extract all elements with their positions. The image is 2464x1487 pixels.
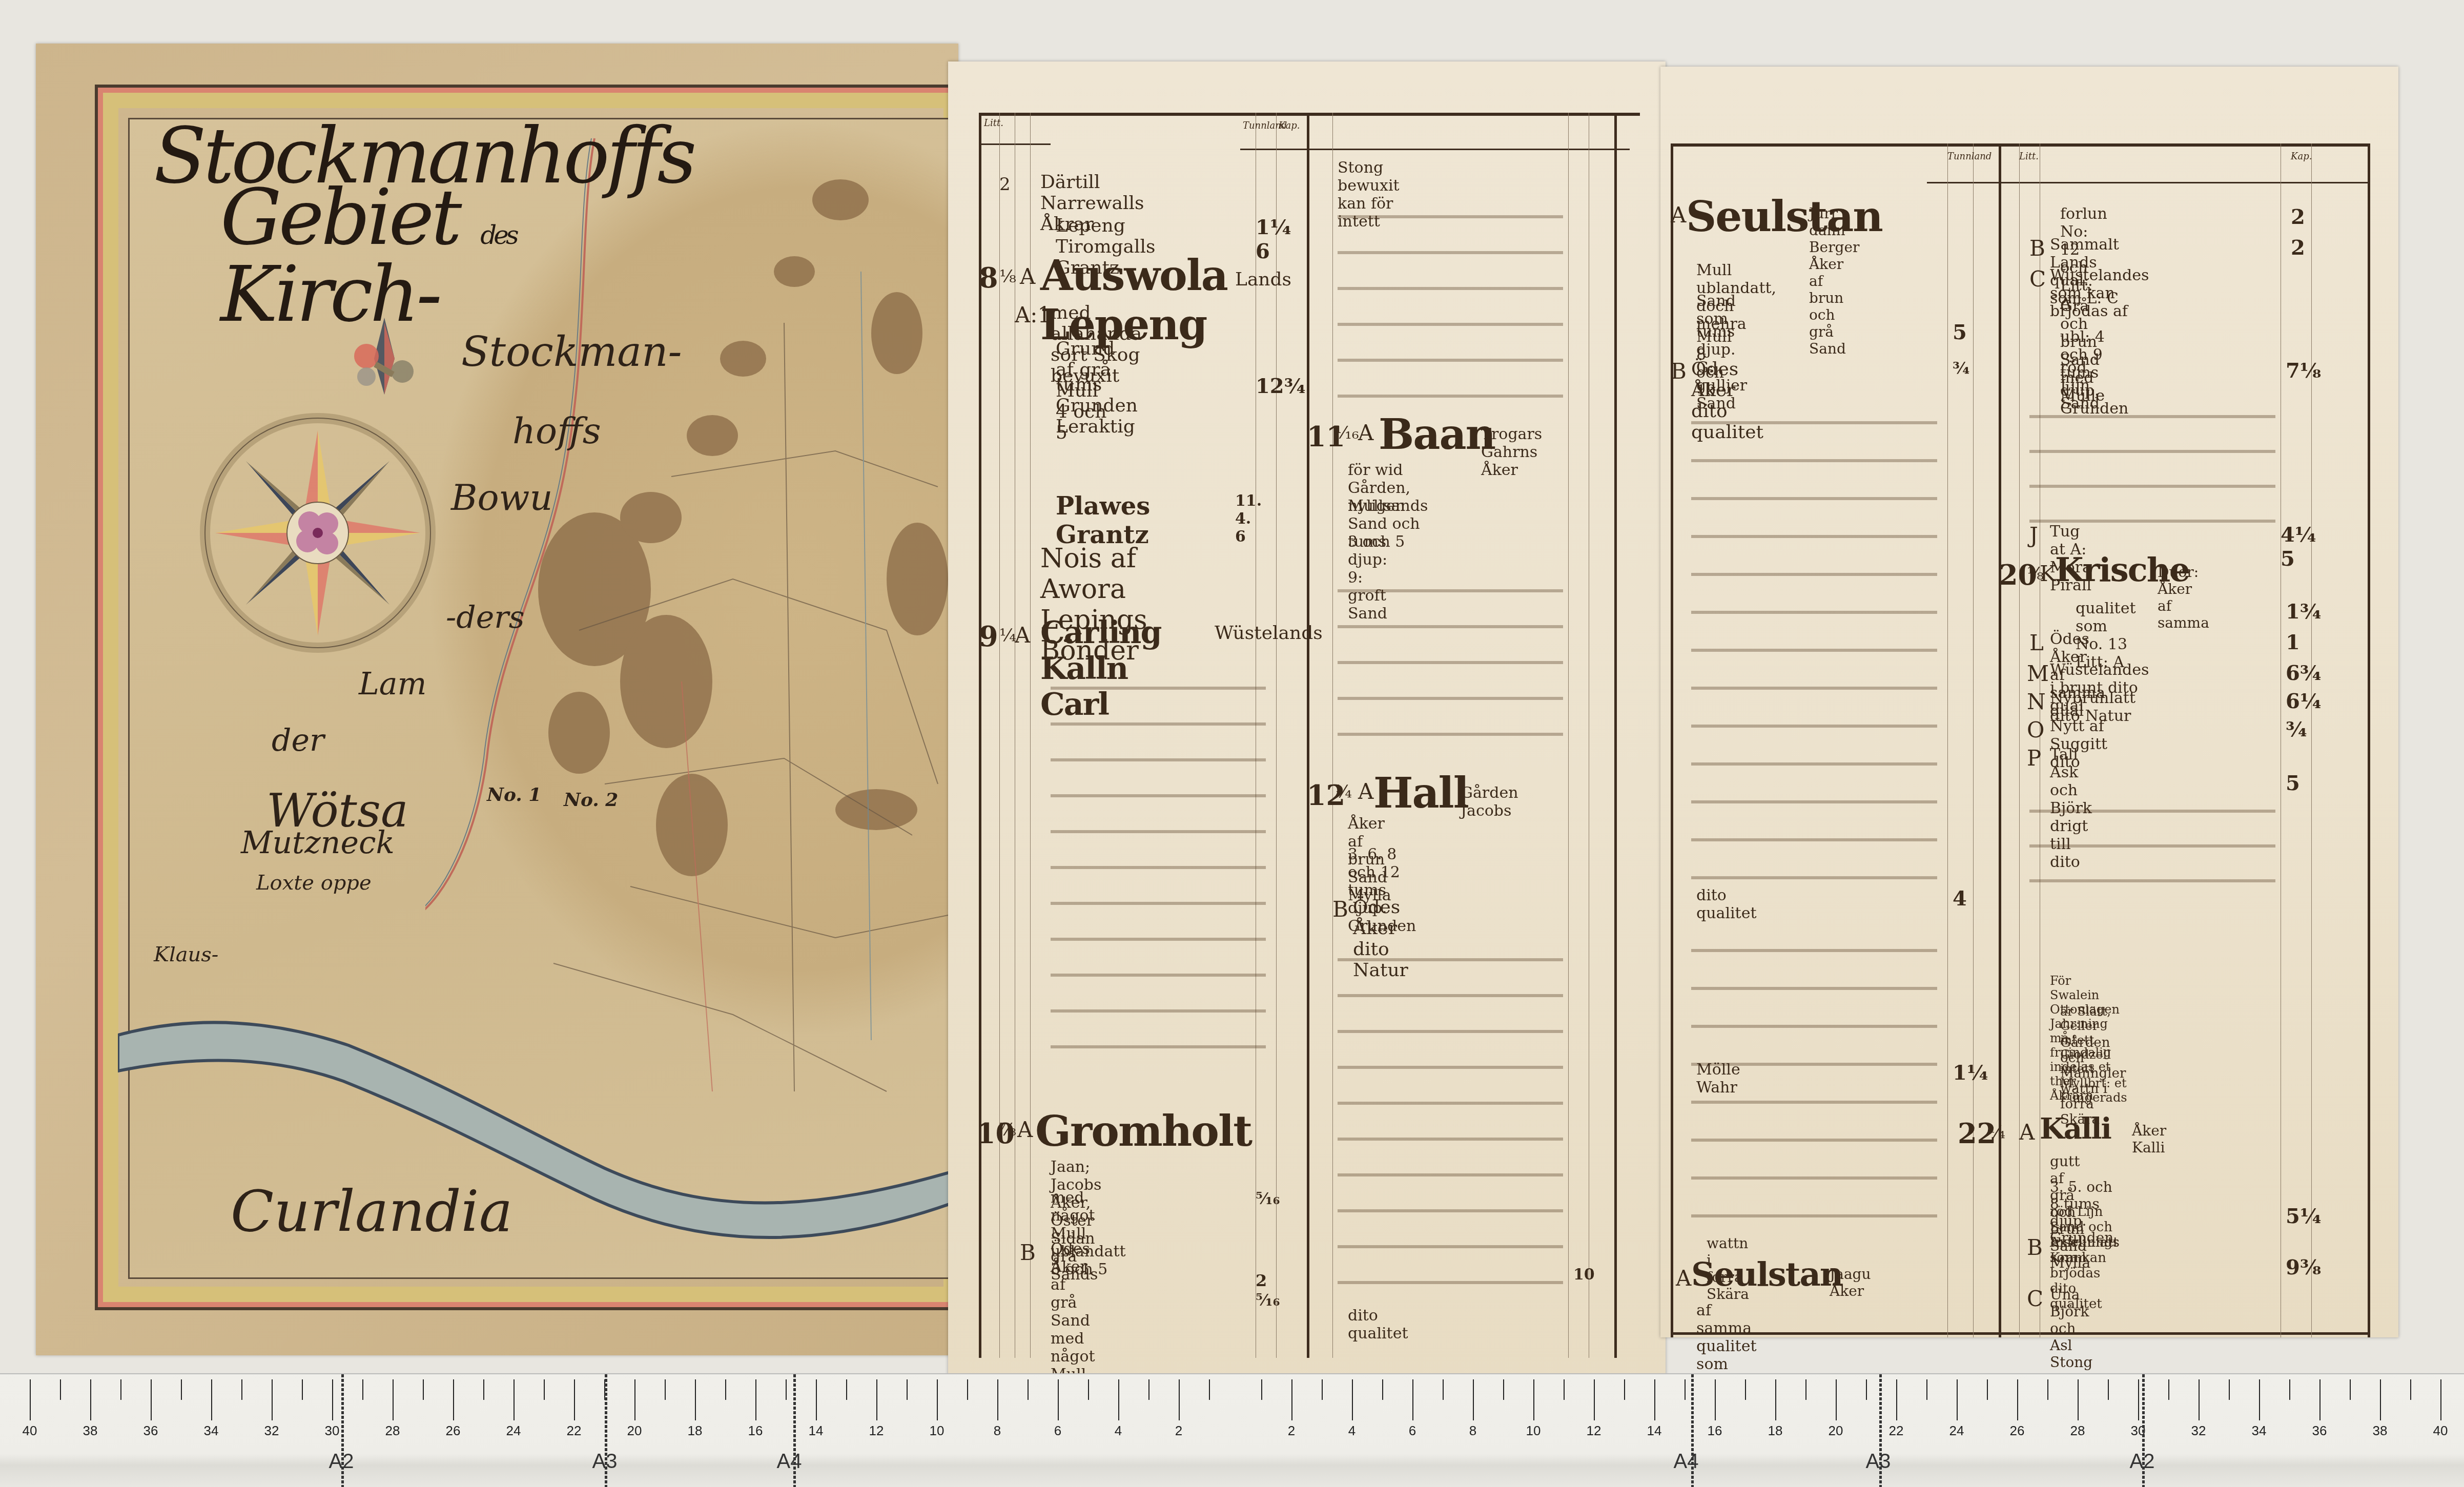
map-label-no2: No. 2 — [564, 789, 618, 811]
ruler-tick — [755, 1379, 756, 1420]
ruler-tick — [1209, 1379, 1210, 1400]
ruler-tick — [695, 1379, 696, 1420]
ruler-tick — [1957, 1379, 1958, 1420]
ruler-tick — [30, 1379, 31, 1420]
ruler-tick — [1291, 1379, 1292, 1420]
compass-rose-icon — [195, 410, 441, 656]
paper-size-label: A2 — [329, 1450, 354, 1473]
ruler-tick — [241, 1379, 242, 1400]
ruler-tick — [120, 1379, 121, 1400]
ruler-tick — [1624, 1379, 1625, 1400]
ruler-tick — [937, 1379, 938, 1420]
map-label-no1: No. 1 — [487, 784, 541, 806]
ruler-tick-label: 36 — [2312, 1423, 2327, 1439]
map-label-mutzneck: Mutzneck — [241, 825, 395, 861]
ruler-tick — [2350, 1379, 2351, 1400]
map-title-line2: Gebiet des Kirch- — [220, 179, 717, 333]
ruler-tick — [574, 1379, 575, 1420]
ruler-tick — [1533, 1379, 1534, 1420]
ruler-tick — [786, 1379, 787, 1400]
ruler-tick — [302, 1379, 303, 1400]
ruler-tick-label: 4 — [1348, 1423, 1356, 1439]
ruler-tick-label: 10 — [1526, 1423, 1541, 1439]
handwritten-lines — [1338, 190, 1563, 415]
ruler-tick — [2229, 1379, 2230, 1400]
ruler-tick — [967, 1379, 968, 1400]
ruler-tick — [60, 1379, 61, 1400]
ruler-tick-label: 10 — [930, 1423, 944, 1439]
ruler-tick — [2289, 1379, 2290, 1400]
ruler-tick-label: 4 — [1115, 1423, 1122, 1439]
ruler-tick-label: 2 — [1288, 1423, 1295, 1439]
ruler-tick — [907, 1379, 908, 1400]
paper-size-label: A2 — [2130, 1450, 2155, 1473]
ruler-tick — [2440, 1379, 2441, 1420]
ruler-tick — [1896, 1379, 1897, 1420]
ruler-tick — [332, 1379, 333, 1420]
column-header-kap: Kap. — [1279, 120, 1300, 131]
ruler-tick — [2259, 1379, 2260, 1420]
ruler-tick — [2108, 1379, 2109, 1400]
ruler-tick — [393, 1379, 394, 1420]
ruler-tick — [1148, 1379, 1149, 1400]
ruler-tick-label: 26 — [2010, 1423, 2025, 1439]
measurement-ruler: 4038363432302826242220181614121086422468… — [0, 1373, 2464, 1487]
ruler-tick-label: 18 — [688, 1423, 703, 1439]
ruler-tick — [876, 1379, 877, 1420]
map-label-hoffs: hoffs — [512, 410, 601, 452]
ruler-tick — [1987, 1379, 1988, 1400]
ruler-tick-label: 8 — [1469, 1423, 1476, 1439]
handwritten-lines — [2029, 784, 2275, 912]
paper-size-label: A3 — [592, 1450, 618, 1473]
ruler-tick — [1028, 1379, 1029, 1400]
map-label-loxte: Loxte oppe — [256, 871, 372, 895]
ruler-tick — [181, 1379, 182, 1400]
ruler-tick — [1715, 1379, 1716, 1420]
ruler-tick — [634, 1379, 635, 1420]
ruler-tick — [2078, 1379, 2079, 1420]
ruler-tick — [1926, 1379, 1927, 1400]
ruler-tick — [453, 1379, 454, 1420]
column-header-litt: Litt. — [2019, 151, 2039, 162]
ruler-tick-label: 6 — [1054, 1423, 1061, 1439]
ruler-tick-label: 30 — [325, 1423, 340, 1439]
ruler-tick — [1382, 1379, 1383, 1400]
ledger-page-right: Tunnland Litt. Kap. A Seulstan Jurr dann… — [1660, 67, 2398, 1337]
ruler-tick — [1443, 1379, 1444, 1400]
map-title: Stockmanhoffs Gebiet des Kirch- — [154, 118, 717, 333]
ruler-tick-label: 14 — [809, 1423, 824, 1439]
handwritten-lines — [2029, 389, 2275, 523]
ruler-tick-label: 38 — [2373, 1423, 2388, 1439]
ruler-tick-label: 18 — [1768, 1423, 1783, 1439]
ruler-tick — [2199, 1379, 2200, 1420]
ruler-tick-label: 34 — [2252, 1423, 2267, 1439]
ruler-tick — [1503, 1379, 1504, 1400]
handwritten-lines — [1691, 395, 1937, 881]
ruler-tick — [846, 1379, 847, 1400]
ruler-tick — [1261, 1379, 1262, 1400]
ruler-tick — [90, 1379, 91, 1420]
fleur-de-lis-icon — [354, 318, 415, 420]
ruler-tick — [1745, 1379, 1746, 1400]
ruler-tick — [1564, 1379, 1565, 1400]
ruler-tick-label: 24 — [506, 1423, 521, 1439]
column-header-litt: Litt. — [984, 118, 1003, 129]
ruler-tick — [1685, 1379, 1686, 1400]
ruler-tick-label: 40 — [23, 1423, 37, 1439]
ruler-tick-label: 22 — [1889, 1423, 1904, 1439]
ruler-tick-label: 24 — [1949, 1423, 1964, 1439]
ruler-tick — [725, 1379, 726, 1400]
ruler-tick — [483, 1379, 484, 1400]
ruler-tick-label: 12 — [869, 1423, 884, 1439]
ruler-tick — [665, 1379, 666, 1400]
map-label-ders: -ders — [446, 600, 525, 635]
ruler-tick — [2017, 1379, 2018, 1420]
ruler-tick — [1412, 1379, 1413, 1420]
ruler-tick — [1836, 1379, 1837, 1420]
map-label-lam: Lam — [359, 666, 427, 702]
ruler-tick — [544, 1379, 545, 1400]
ruler-tick — [362, 1379, 363, 1400]
ruler-tick — [2138, 1379, 2139, 1420]
ruler-tick-label: 22 — [567, 1423, 582, 1439]
ruler-tick — [2380, 1379, 2381, 1420]
handwritten-lines — [1338, 933, 1563, 1291]
ruler-tick — [1088, 1379, 1089, 1400]
ruler-tick — [272, 1379, 273, 1420]
ruler-tick — [816, 1379, 817, 1420]
ruler-tick — [1118, 1379, 1119, 1420]
ruler-tick-label: 34 — [204, 1423, 219, 1439]
ruler-tick — [1322, 1379, 1323, 1400]
ruler-tick-label: 20 — [627, 1423, 642, 1439]
ruler-tick-label: 16 — [1708, 1423, 1722, 1439]
ruler-tick-label: 12 — [1587, 1423, 1601, 1439]
ruler-tick — [1866, 1379, 1867, 1400]
ruler-tick-label: 28 — [2070, 1423, 2085, 1439]
ruler-tick — [997, 1379, 998, 1420]
ruler-tick-label: 26 — [446, 1423, 461, 1439]
ruler-tick — [2319, 1379, 2321, 1420]
ruler-tick — [2168, 1379, 2169, 1400]
ruler-tick — [1058, 1379, 1059, 1420]
paper-size-label: A4 — [777, 1450, 802, 1473]
ruler-tick — [1654, 1379, 1655, 1420]
ruler-tick-label: 36 — [143, 1423, 158, 1439]
ruler-tick-label: 6 — [1409, 1423, 1416, 1439]
ruler-tick-label: 28 — [385, 1423, 400, 1439]
handwritten-lines — [1338, 564, 1563, 758]
ruler-tick-label: 14 — [1647, 1423, 1662, 1439]
ruler-tick-label: 8 — [994, 1423, 1001, 1439]
map-river — [118, 999, 963, 1307]
column-header-tunnland: Tunnland — [1947, 151, 1991, 162]
ruler-tick — [2047, 1379, 2048, 1400]
handwritten-lines — [1051, 661, 1266, 1081]
ruler-tick — [423, 1379, 424, 1400]
ruler-tick — [514, 1379, 515, 1420]
map-label-stockman: Stockman- — [461, 328, 682, 376]
ruler-tick — [151, 1379, 152, 1420]
ruler-tick — [1179, 1379, 1180, 1420]
paper-size-label: A3 — [1866, 1450, 1891, 1473]
ruler-tick — [1352, 1379, 1353, 1420]
ruler-tick — [1805, 1379, 1806, 1400]
ruler-tick-label: 40 — [2433, 1423, 2448, 1439]
map-label-klaus: Klaus- — [154, 943, 218, 966]
ruler-tick — [2410, 1379, 2411, 1400]
map-label-bowu: Bowu — [451, 477, 553, 519]
ruler-tick-label: 2 — [1175, 1423, 1182, 1439]
ruler-tick-label: 32 — [2191, 1423, 2206, 1439]
ruler-tick — [1473, 1379, 1474, 1420]
ledger-page-left: Litt. Tunnland Kap. 2 Därtill Narrewalls… — [948, 61, 1666, 1383]
ruler-tick-label: 20 — [1829, 1423, 1843, 1439]
ruler-tick-label: 38 — [83, 1423, 98, 1439]
ruler-tick — [1594, 1379, 1595, 1420]
column-header-kap: Kap. — [2291, 151, 2312, 162]
ruler-tick — [211, 1379, 212, 1420]
paper-size-label: A4 — [1674, 1450, 1699, 1473]
ruler-tick-label: 32 — [264, 1423, 279, 1439]
ruler-tick-label: 16 — [748, 1423, 763, 1439]
map-label-der: der — [272, 722, 324, 758]
ruler-tick — [1775, 1379, 1776, 1420]
